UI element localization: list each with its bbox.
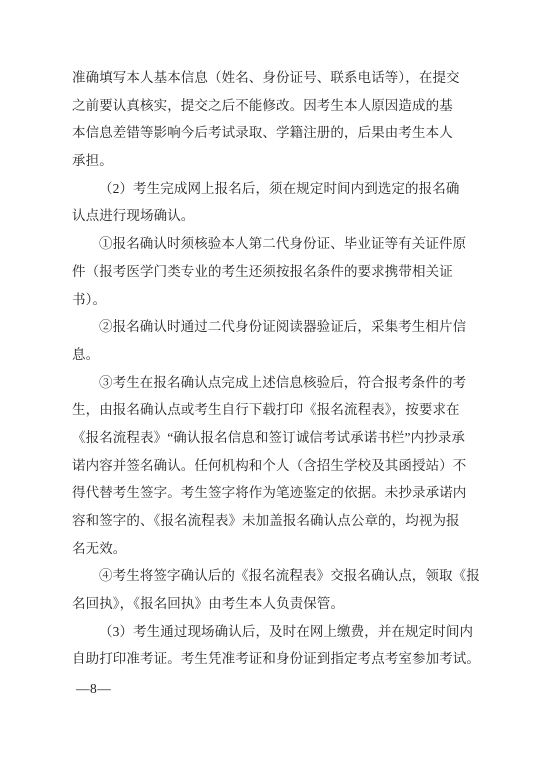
text-line: ③考生在报名确认点完成上述信息核验后，符合报考条件的考 — [72, 369, 466, 397]
text-line: 认点进行现场确认。 — [72, 202, 466, 230]
text-line: 自助打印准考证。考生凭准考证和身份证到指定考点考室参加考试。 — [72, 645, 466, 673]
page-number: —8— — [76, 681, 111, 697]
text-line: 承担。 — [72, 147, 466, 175]
text-line: 件（报考医学门类专业的考生还须按报名条件的要求携带相关证 — [72, 258, 466, 286]
text-line: 息。 — [72, 341, 466, 369]
text-line: 容和签字的、《报名流程表》未加盖报名确认点公章的，均视为报 — [72, 507, 466, 535]
document-body-text: 准确填写本人基本信息（姓名、身份证号、联系电话等），在提交之前要认真核实，提交之… — [72, 64, 466, 673]
document-page: 准确填写本人基本信息（姓名、身份证号、联系电话等），在提交之前要认真核实，提交之… — [0, 0, 538, 762]
text-line: 诺内容并签名确认。任何机构和个人（含招生学校及其函授站）不 — [72, 452, 466, 480]
text-line: ①报名确认时须核验本人第二代身份证、毕业证等有关证件原 — [72, 230, 466, 258]
text-line: 名回执》，《报名回执》由考生本人负责保管。 — [72, 590, 466, 618]
text-line: 名无效。 — [72, 535, 466, 563]
text-line: ④考生将签字确认后的《报名流程表》交报名确认点，领取《报 — [72, 562, 466, 590]
text-line: （3）考生通过现场确认后，及时在网上缴费，并在规定时间内 — [72, 618, 466, 646]
text-line: （2）考生完成网上报名后，须在规定时间内到选定的报名确 — [72, 175, 466, 203]
text-line: 准确填写本人基本信息（姓名、身份证号、联系电话等），在提交 — [72, 64, 466, 92]
text-line: 之前要认真核实，提交之后不能修改。因考生本人原因造成的基 — [72, 92, 466, 120]
text-line: ②报名确认时通过二代身份证阅读器验证后，采集考生相片信 — [72, 313, 466, 341]
text-line: 书）。 — [72, 286, 466, 314]
text-line: 生，由报名确认点或考生自行下载打印《报名流程表》，按要求在 — [72, 396, 466, 424]
text-line: 得代替考生签字。考生签字将作为笔迹鉴定的依据。未抄录承诺内 — [72, 479, 466, 507]
text-line: 本信息差错等影响今后考试录取、学籍注册的，后果由考生本人 — [72, 119, 466, 147]
text-line: 《报名流程表》“确认报名信息和签订诚信考试承诺书栏”内抄录承 — [72, 424, 466, 452]
